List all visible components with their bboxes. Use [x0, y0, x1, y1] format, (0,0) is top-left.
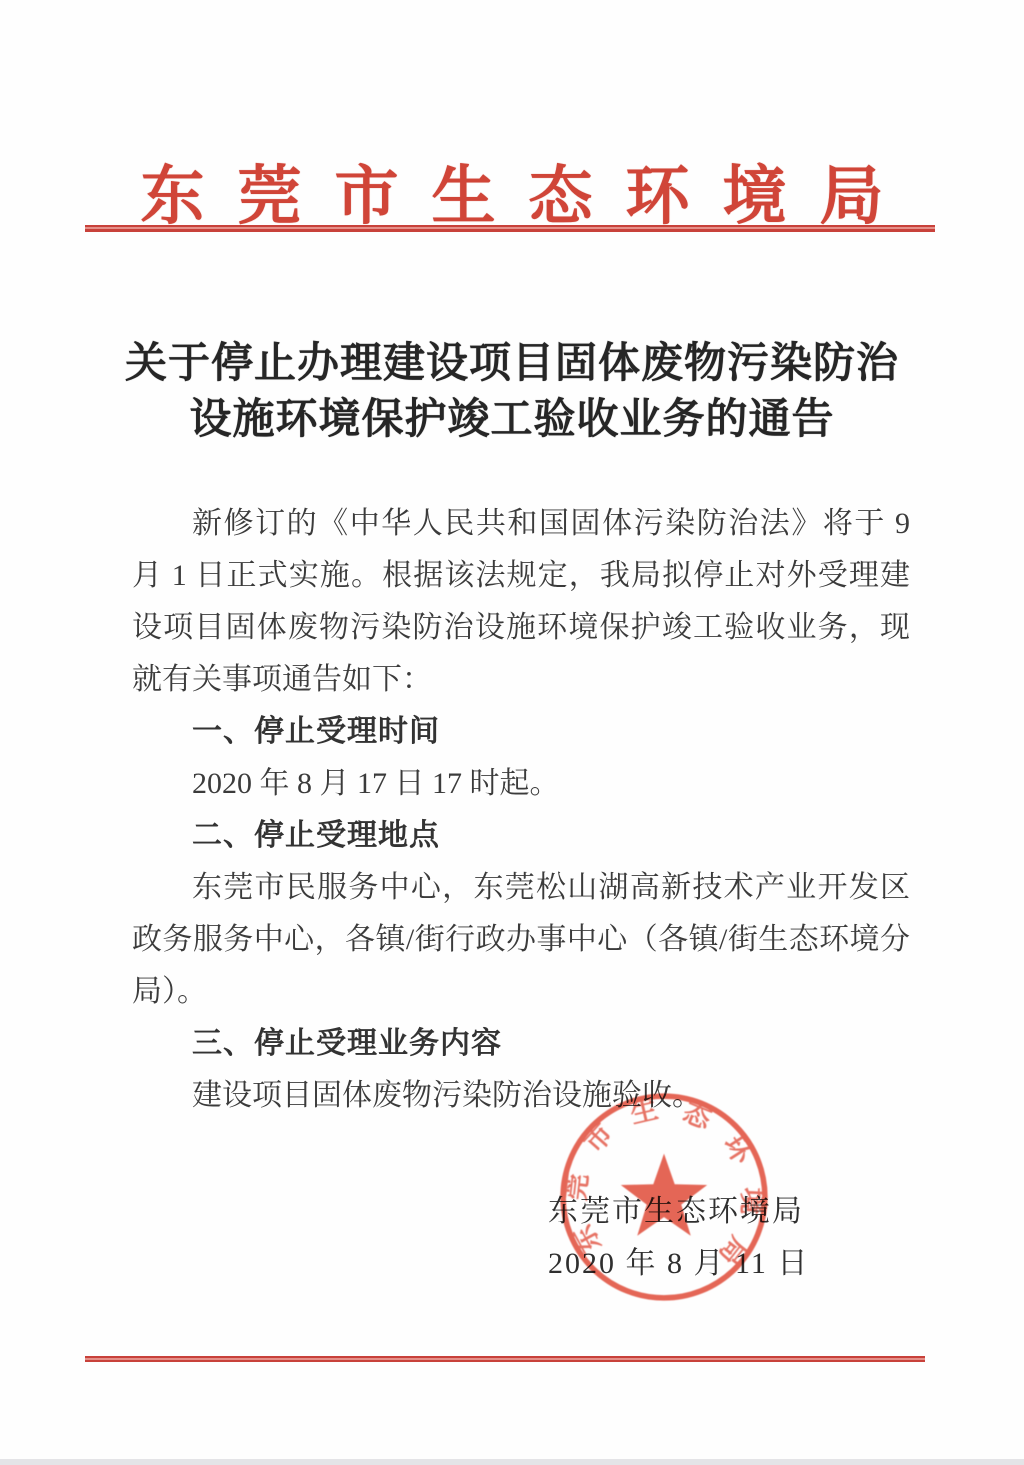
section1-paragraph: 2020 年 8 月 17 日 17 时起。 — [132, 758, 910, 810]
page-bottom-edge — [0, 1459, 1024, 1465]
section2-heading: 二、停止受理地点 — [132, 810, 910, 862]
letterhead-title: 东莞市生态环境局 — [0, 145, 1024, 237]
section3-paragraph: 建设项目固体废物污染防治设施验收。 — [132, 1070, 910, 1122]
section1-heading: 一、停止受理时间 — [132, 706, 910, 758]
section3-heading: 三、停止受理业务内容 — [132, 1018, 910, 1070]
document-body: 新修订的《中华人民共和国固体污染防治法》将于 9 月 1 日正式实施。根据该法规… — [132, 498, 910, 1122]
letterhead-divider — [85, 225, 935, 232]
seal-star-icon — [621, 1154, 707, 1236]
footer-divider — [85, 1356, 925, 1362]
document-title-line1: 关于停止办理建设项目固体废物污染防治 — [0, 336, 1024, 392]
document-title: 关于停止办理建设项目固体废物污染防治 设施环境保护竣工验收业务的通告 — [0, 336, 1024, 448]
document-title-line2: 设施环境保护竣工验收业务的通告 — [0, 392, 1024, 448]
section2-paragraph: 东莞市民服务中心，东莞松山湖高新技术产业开发区政务服务中心，各镇/街行政办事中心… — [132, 862, 910, 1018]
official-seal-stamp: 东莞市生态环境局 — [553, 1086, 775, 1308]
document-page: 东莞市生态环境局 关于停止办理建设项目固体废物污染防治 设施环境保护竣工验收业务… — [0, 0, 1024, 1465]
intro-paragraph: 新修订的《中华人民共和国固体污染防治法》将于 9 月 1 日正式实施。根据该法规… — [132, 498, 910, 706]
